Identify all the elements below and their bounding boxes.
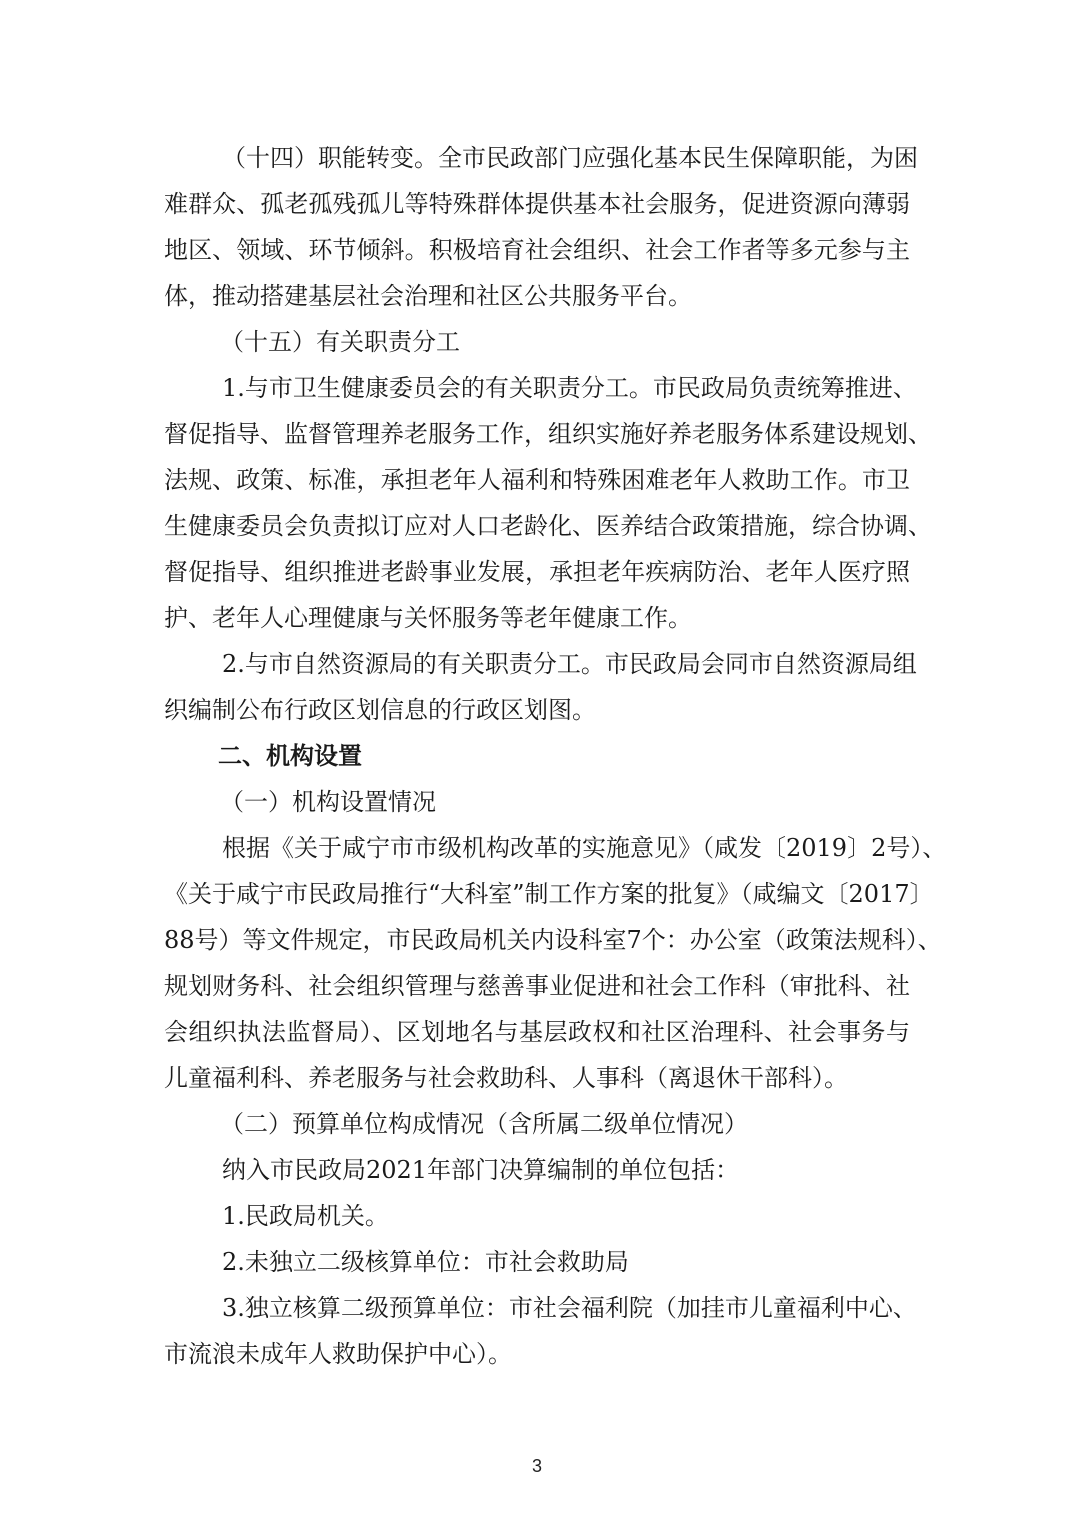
paragraph-14-line-3: 地区、领域、环节倾斜。积极培育社会组织、社会工作者等多元参与主 [164, 227, 910, 273]
subheading-2-2: （二）预算单位构成情况（含所属二级单位情况） [220, 1101, 748, 1147]
subheading-2-1: （一）机构设置情况 [220, 779, 436, 825]
page-number: 3 [0, 1456, 1074, 1477]
section-heading-2: 二、机构设置 [218, 733, 362, 779]
paragraph-2-1-line-5: 会组织执法监督局）、区划地名与基层政权和社区治理科、社会事务与 [164, 1009, 910, 1055]
paragraph-15-1-line-2: 督促指导、监督管理养老服务工作，组织实施好养老服务体系建设规划、 [164, 411, 910, 457]
paragraph-14-line-1: （十四）职能转变。全市民政部门应强化基本民生保障职能，为困 [222, 135, 910, 181]
paragraph-2-1-line-1: 根据《关于咸宁市市级机构改革的实施意见》（咸发〔2019〕2号）、 [222, 825, 910, 871]
unit-list-item-1: 1.民政局机关。 [222, 1193, 910, 1239]
paragraph-2-2-intro: 纳入市民政局2021年部门决算编制的单位包括： [222, 1147, 910, 1193]
paragraph-15-1-line-3: 法规、政策、标准，承担老年人福利和特殊困难老年人救助工作。市卫 [164, 457, 910, 503]
paragraph-15-2-line-2: 织编制公布行政区划信息的行政区划图。 [164, 687, 910, 733]
subheading-15: （十五）有关职责分工 [220, 319, 460, 365]
paragraph-15-2-line-1: 2.与市自然资源局的有关职责分工。市民政局会同市自然资源局组 [222, 641, 910, 687]
document-page: （十四）职能转变。全市民政部门应强化基本民生保障职能，为困 难群众、孤老孤残孤儿… [0, 0, 1074, 1520]
unit-list-item-2: 2.未独立二级核算单位：市社会救助局 [222, 1239, 910, 1285]
unit-list-item-3-line-2: 市流浪未成年人救助保护中心）。 [164, 1331, 910, 1377]
unit-list-item-3-line-1: 3.独立核算二级预算单位：市社会福利院（加挂市儿童福利中心、 [222, 1285, 910, 1331]
paragraph-15-1-line-6: 护、老年人心理健康与关怀服务等老年健康工作。 [164, 595, 910, 641]
paragraph-2-1-line-4: 规划财务科、社会组织管理与慈善事业促进和社会工作科（审批科、社 [164, 963, 910, 1009]
paragraph-2-1-line-2: 《关于咸宁市民政局推行“大科室”制工作方案的批复》（咸编文〔2017〕 [164, 871, 910, 917]
paragraph-15-1-line-1: 1.与市卫生健康委员会的有关职责分工。市民政局负责统筹推进、 [222, 365, 910, 411]
paragraph-2-1-line-6: 儿童福利科、养老服务与社会救助科、人事科（离退休干部科）。 [164, 1055, 910, 1101]
paragraph-15-1-line-5: 督促指导、组织推进老龄事业发展，承担老年疾病防治、老年人医疗照 [164, 549, 910, 595]
paragraph-15-1-line-4: 生健康委员会负责拟订应对人口老龄化、医养结合政策措施，综合协调、 [164, 503, 910, 549]
paragraph-14-line-4: 体，推动搭建基层社会治理和社区公共服务平台。 [164, 273, 910, 319]
paragraph-14-line-2: 难群众、孤老孤残孤儿等特殊群体提供基本社会服务，促进资源向薄弱 [164, 181, 910, 227]
paragraph-2-1-line-3: 88号）等文件规定，市民政局机关内设科室7个：办公室（政策法规科）、 [164, 917, 910, 963]
